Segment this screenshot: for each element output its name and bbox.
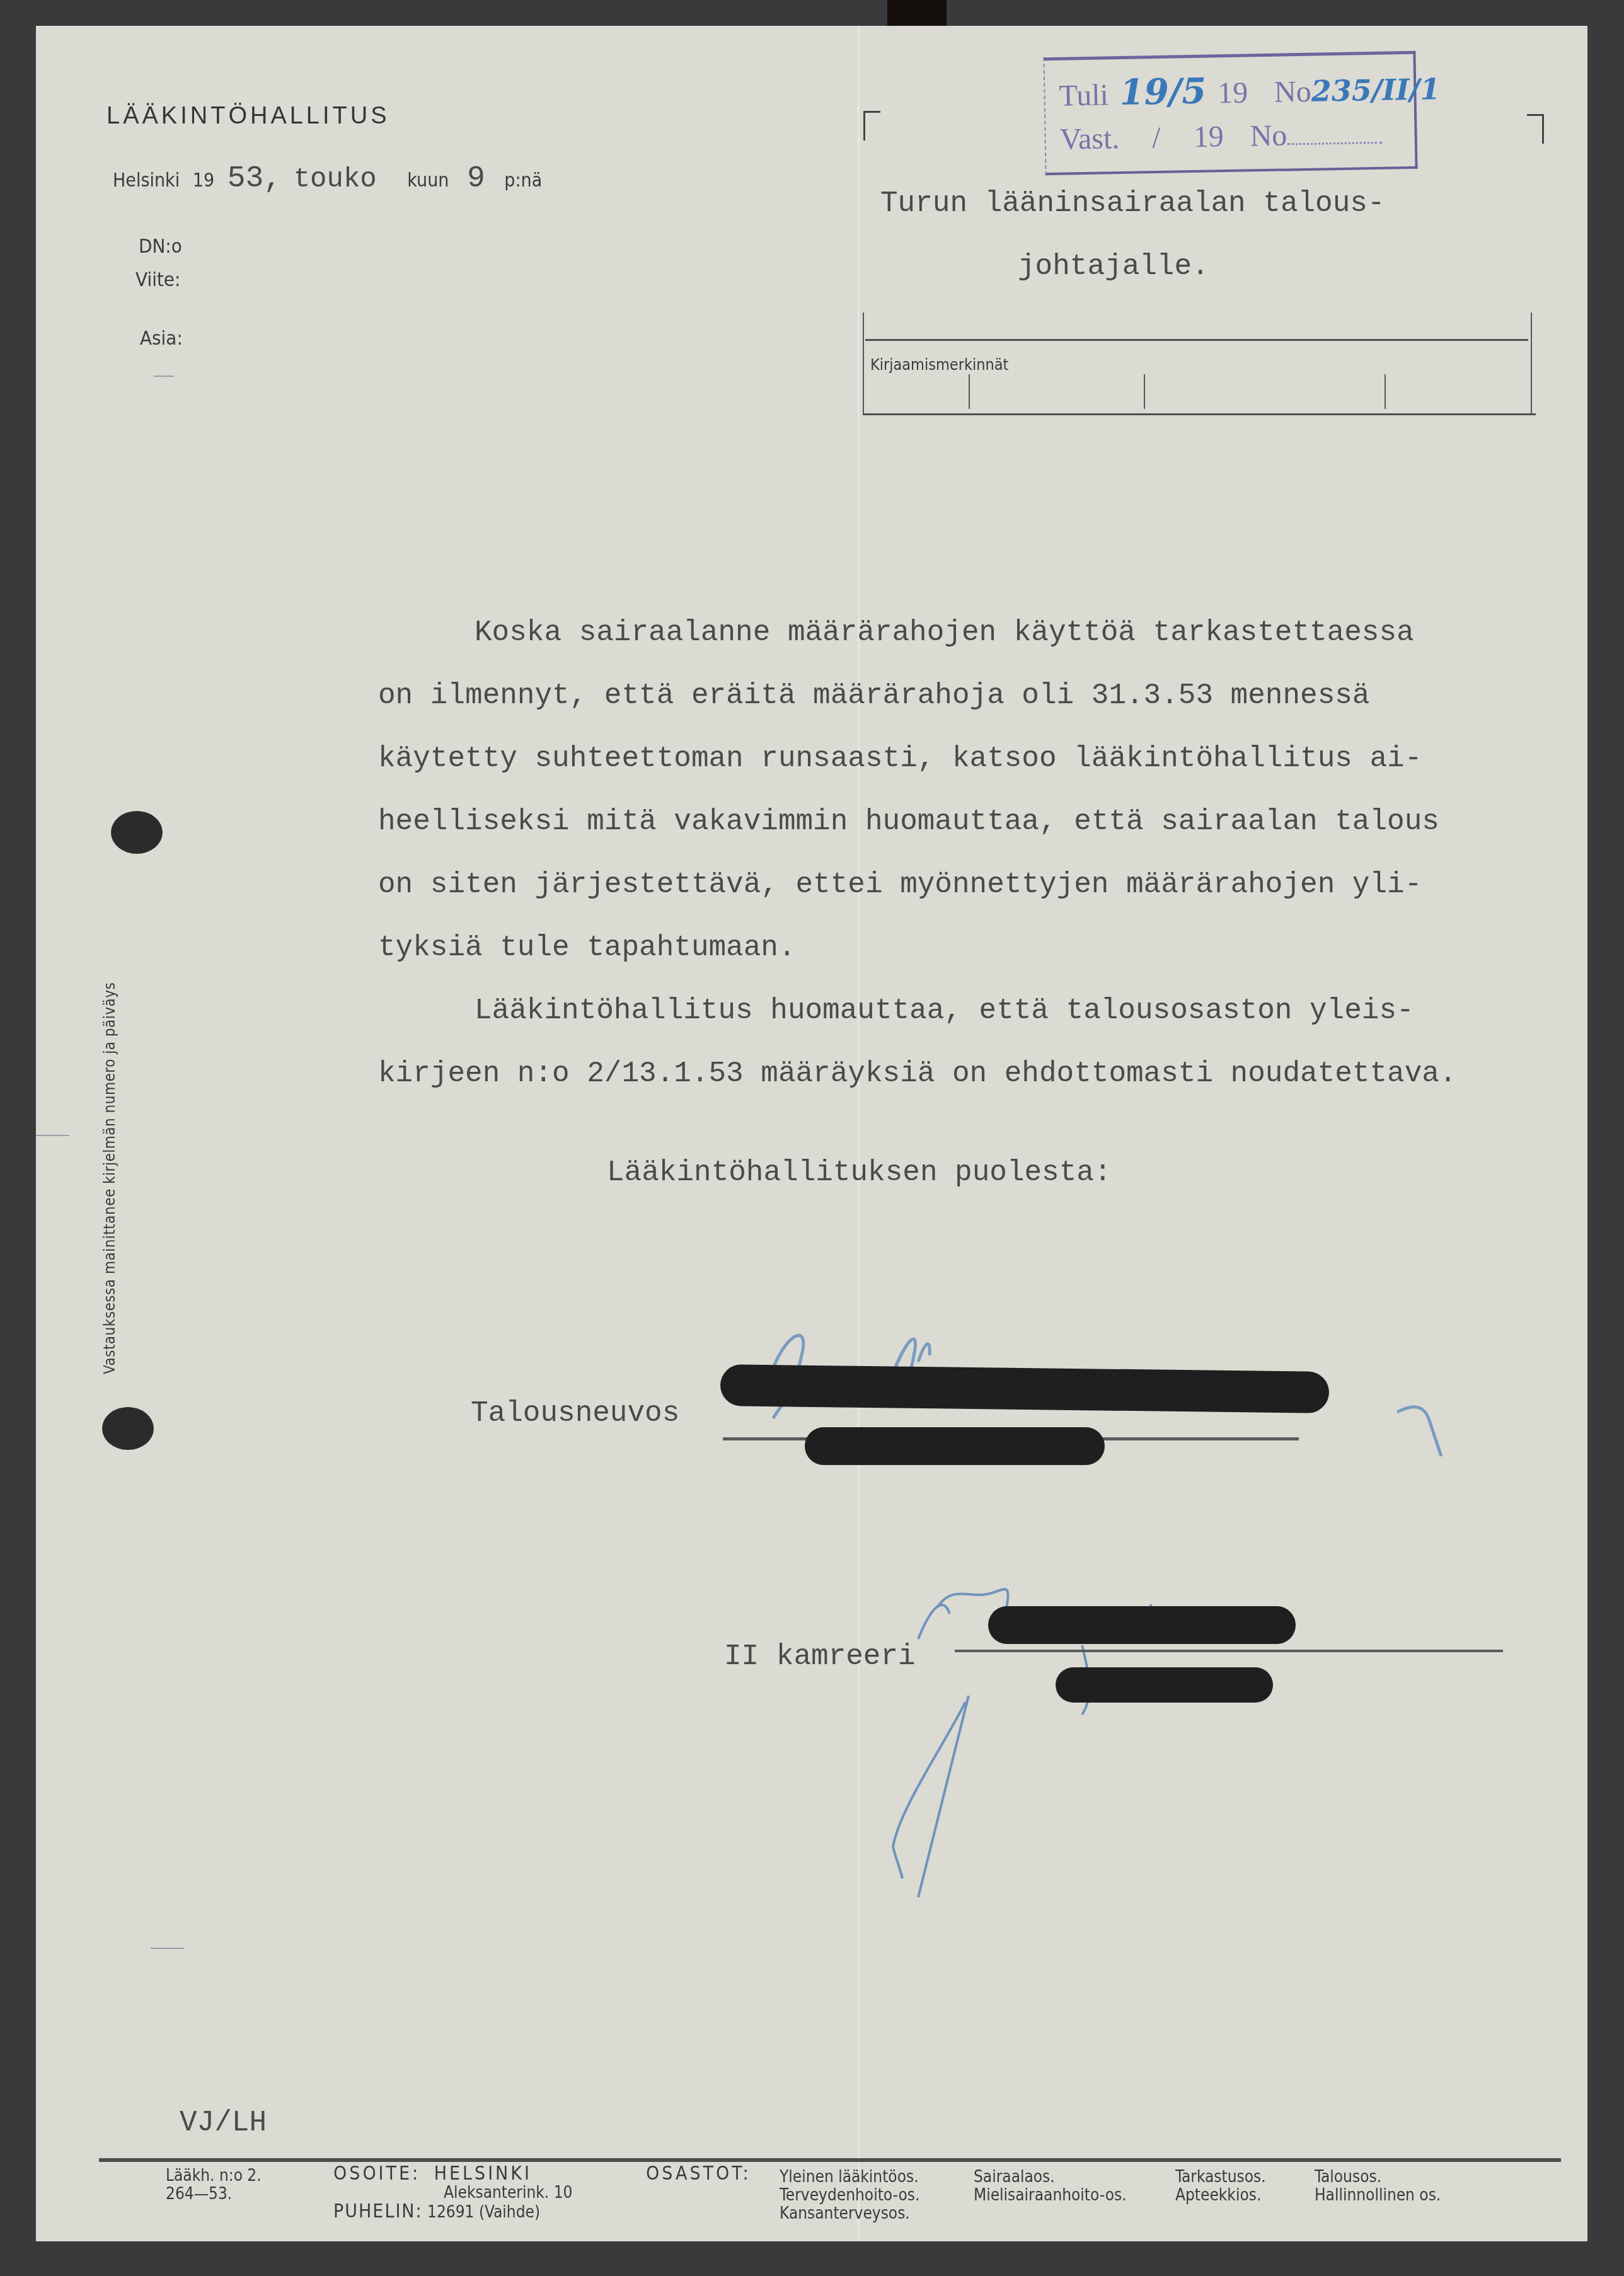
received-stamp: Tuli 19/5 19 No235/II/1 Vast. / 19 No bbox=[1043, 51, 1417, 175]
addressee-line-1: Turun lääninsairaalan talous- bbox=[880, 187, 1385, 220]
stamp-answered-sep: / bbox=[1152, 121, 1161, 154]
subject-label: Asia: bbox=[140, 327, 183, 350]
departments-col-3: Tarkastusos. Apteekkios. bbox=[1175, 2168, 1266, 2205]
department-item: Hallinnollinen os. bbox=[1315, 2187, 1441, 2205]
organization-name: LÄÄKINTÖHALLITUS bbox=[107, 103, 390, 130]
subject-divider bbox=[154, 376, 174, 377]
month-suffix: kuun bbox=[407, 170, 449, 192]
department-item: Terveydenhoito-os. bbox=[780, 2187, 919, 2205]
departments-label: OSASTOT: bbox=[646, 2164, 751, 2183]
dno-label: DN:o bbox=[139, 235, 182, 258]
regbox-left-border bbox=[863, 313, 864, 415]
reference-label: Viite: bbox=[135, 268, 180, 291]
department-item: Mielisairaanhoito-os. bbox=[974, 2187, 1127, 2205]
stamp-answered-year: 19 bbox=[1193, 120, 1224, 154]
address-street: Aleksanterink. 10 bbox=[333, 2184, 572, 2202]
day-suffix: p:nä bbox=[504, 170, 542, 192]
month-typed: touko bbox=[294, 164, 377, 195]
margin-mark-lower bbox=[151, 1948, 184, 1949]
stamp-received-label: Tuli bbox=[1059, 78, 1109, 112]
body-line-5: on siten järjestettävä, ettei myönnettyj… bbox=[378, 853, 1422, 916]
department-item: Apteekkios. bbox=[1175, 2187, 1266, 2205]
department-item: Tarkastusos. bbox=[1175, 2168, 1266, 2187]
window-corner-top-right bbox=[1527, 114, 1544, 144]
stamp-received-date: 19/5 bbox=[1119, 71, 1206, 113]
date-line: Helsinki 19 53, touko kuun 9 p:nä bbox=[113, 162, 542, 196]
redaction-signatory-2-typed bbox=[1056, 1667, 1273, 1703]
redaction-signatory-2-name bbox=[988, 1606, 1296, 1644]
footer-address: OSOITE: HELSINKI Aleksanterink. 10 PUHEL… bbox=[333, 2164, 572, 2222]
stamp-received-year: 19 bbox=[1218, 76, 1248, 110]
window-corner-top-left bbox=[863, 111, 880, 141]
typist-initials: VJ/LH bbox=[180, 2106, 267, 2139]
departments-col-1: Yleinen lääkintöos. Terveydenhoito-os. K… bbox=[780, 2168, 919, 2223]
body-line-6: tyksiä tule tapahtumaan. bbox=[378, 916, 796, 979]
regbox-divider-2 bbox=[1144, 374, 1145, 409]
regbox-top-rule bbox=[865, 339, 1528, 341]
stamp-row-received: Tuli 19/5 19 No235/II/1 bbox=[1059, 66, 1441, 115]
scanner-clip bbox=[887, 0, 947, 26]
department-item: Sairaalaos. bbox=[974, 2168, 1127, 2187]
punch-hole-top bbox=[111, 811, 163, 854]
body-line-8: kirjeen n:o 2/13.1.53 määräyksiä on ehdo… bbox=[378, 1042, 1456, 1105]
registration-label: Kirjaamismerkinnät bbox=[870, 355, 1008, 374]
stamp-received-number: 235/II/1 bbox=[1311, 72, 1441, 108]
departments-col-2: Sairaalaos. Mielisairaanhoito-os. bbox=[974, 2168, 1127, 2205]
stamp-received-no-label: No bbox=[1274, 75, 1312, 109]
regbox-divider-3 bbox=[1385, 374, 1386, 409]
department-item: Talousos. bbox=[1315, 2168, 1441, 2187]
regbox-divider-1 bbox=[969, 374, 970, 409]
punch-hole-bottom bbox=[102, 1407, 154, 1450]
stamp-answered-no-label: No bbox=[1250, 118, 1287, 152]
body-line-2: on ilmennyt, että eräitä määrärahoja oli… bbox=[378, 664, 1369, 727]
form-number-line-2: 264—53. bbox=[166, 2185, 262, 2204]
century-label: 19 bbox=[193, 170, 214, 192]
day-typed: 9 bbox=[467, 162, 485, 196]
department-item: Kansanterveysos. bbox=[780, 2205, 919, 2223]
body-line-4: heelliseksi mitä vakavimmin huomauttaa, … bbox=[378, 790, 1439, 853]
signatory-1-title: Talousneuvos bbox=[471, 1397, 679, 1430]
departments-col-4: Talousos. Hallinnollinen os. bbox=[1315, 2168, 1441, 2205]
margin-reply-note: Vastauksessa mainittanee kirjelmän numer… bbox=[101, 982, 118, 1374]
signature-line-2 bbox=[955, 1650, 1503, 1652]
place-label: Helsinki bbox=[113, 170, 180, 192]
registration-box: Kirjaamismerkinnät bbox=[863, 313, 1541, 415]
stamp-row-answered: Vast. / 19 No bbox=[1059, 117, 1382, 157]
address-city: HELSINKI bbox=[434, 2163, 532, 2185]
closing-line: Lääkintöhallituksen puolesta: bbox=[607, 1141, 1112, 1204]
body-line-3: käytetty suhteettoman runsaasti, katsoo … bbox=[378, 727, 1422, 790]
margin-fold-mark bbox=[36, 1135, 69, 1136]
regbox-bottom-rule bbox=[863, 413, 1536, 415]
department-item: Yleinen lääkintöos. bbox=[780, 2168, 919, 2187]
phone-label: PUHELIN: bbox=[333, 2200, 423, 2222]
footer-rule bbox=[99, 2158, 1561, 2162]
redaction-signatory-1-typed bbox=[805, 1427, 1105, 1465]
address-label: OSOITE: bbox=[333, 2163, 420, 2185]
form-number: Lääkh. n:o 2. 264—53. bbox=[166, 2167, 262, 2204]
letter-page: LÄÄKINTÖHALLITUS Helsinki 19 53, touko k… bbox=[36, 26, 1587, 2241]
stamp-answered-number-field bbox=[1287, 138, 1381, 146]
form-number-line-1: Lääkh. n:o 2. bbox=[166, 2167, 262, 2185]
redaction-signatory-1-name bbox=[720, 1364, 1330, 1413]
body-line-7: Lääkintöhallitus huomauttaa, että talous… bbox=[475, 979, 1414, 1042]
phone-value: 12691 (Vaihde) bbox=[427, 2203, 540, 2222]
regbox-right-border bbox=[1531, 313, 1532, 415]
stamp-answered-label: Vast. bbox=[1059, 122, 1120, 156]
addressee-line-2: johtajalle. bbox=[1018, 250, 1209, 283]
year-typed: 53, bbox=[227, 162, 282, 196]
body-line-1: Koska sairaalanne määrärahojen käyttöä t… bbox=[475, 601, 1414, 664]
